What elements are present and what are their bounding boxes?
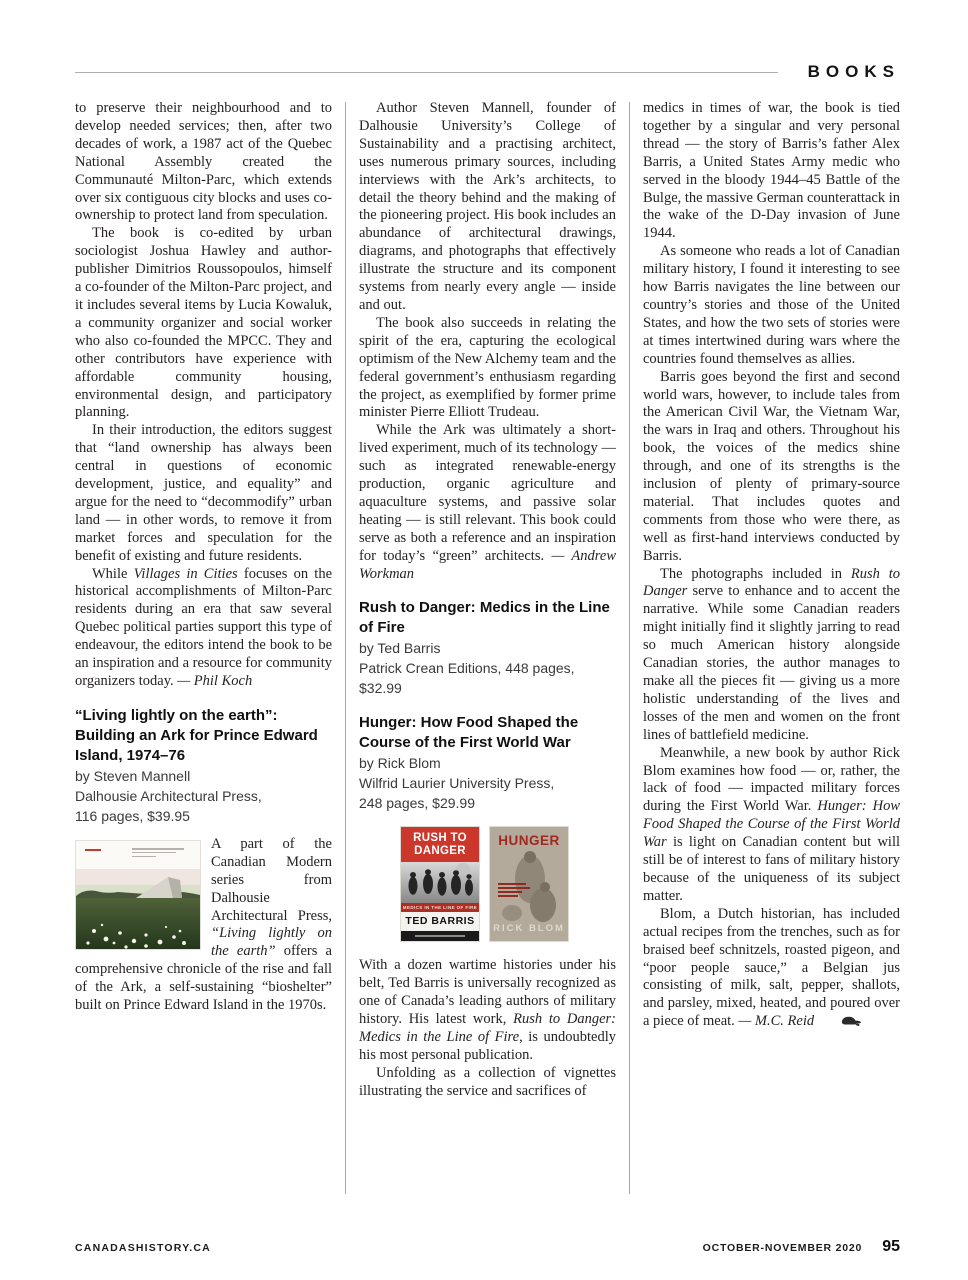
- book-meta-line: Wilfrid Laurier University Press,: [359, 773, 616, 793]
- column-divider: [345, 102, 346, 1194]
- paragraph: A part of the Canadian Modern series fro…: [75, 836, 332, 1015]
- paragraph: to preserve their neighbourhood and to d…: [75, 100, 332, 225]
- text-run: offers a comprehensive chronicle of the …: [75, 943, 332, 1013]
- text-run: focuses on the historical accomplishment…: [75, 566, 332, 689]
- cover-subtitle-microtext: [132, 852, 176, 853]
- italic-text-run: — M.C. Reid: [738, 1013, 814, 1029]
- cover-painting-meadow-ark: [76, 869, 200, 949]
- text-run: is light on Canadian content but will st…: [643, 834, 900, 904]
- book-covers-row: RUSH TO DANGER: [401, 827, 616, 941]
- text-run: As someone who reads a lot of Canadian m…: [643, 243, 900, 366]
- text-run: The book is co-edited by urban sociologi…: [75, 225, 332, 420]
- book-listing: Rush to Danger: Medics in the Line of Fi…: [359, 598, 616, 698]
- book-title: Rush to Danger: Medics in the Line of Fi…: [359, 598, 616, 638]
- paragraph: While the Ark was ultimately a short-liv…: [359, 422, 616, 583]
- paragraph: In their introduction, the editors sugge…: [75, 422, 332, 565]
- footer-right: OCTOBER-NOVEMBER 2020 95: [703, 1238, 900, 1256]
- column-1: to preserve their neighbourhood and to d…: [75, 100, 332, 1202]
- text-run: Author Steven Mannell, founder of Dalhou…: [359, 100, 616, 313]
- cover-photo-soldiers: [401, 862, 479, 903]
- text-run: serve to enhance and to accent the narra…: [643, 583, 900, 742]
- book-title: “Living lightly on the earth”: Building …: [75, 706, 332, 766]
- cover-title-microtext: [132, 848, 184, 850]
- section-title: BOOKS: [808, 62, 900, 82]
- cover-series-mark: [85, 849, 101, 851]
- book-meta-line: by Ted Barris: [359, 638, 616, 658]
- text-run: Blom, a Dutch historian, has included ac…: [643, 906, 900, 1029]
- book-listing: “Living lightly on the earth”: Building …: [75, 706, 332, 826]
- paragraph: While Villages in Cities focuses on the …: [75, 566, 332, 691]
- text-run: The photographs included in: [660, 566, 851, 582]
- header-rule: [75, 72, 778, 73]
- italic-text-run: — Phil Koch: [177, 673, 252, 689]
- page-header: BOOKS: [75, 62, 900, 82]
- cover-title: HUNGER: [490, 833, 568, 848]
- book-cover-rush-to-danger: RUSH TO DANGER: [401, 827, 479, 941]
- paragraph: Meanwhile, a new book by author Rick Blo…: [643, 745, 900, 906]
- book-listing: Hunger: How Food Shaped the Course of th…: [359, 713, 616, 813]
- paragraph: The book is co-edited by urban sociologi…: [75, 225, 332, 422]
- cover-author: RICK BLOM: [490, 923, 568, 934]
- cover-bottom-strip: [401, 931, 479, 941]
- cover-subtitle-microtext: [498, 883, 530, 899]
- column-divider: [629, 102, 630, 1194]
- paragraph: Barris goes beyond the first and second …: [643, 369, 900, 566]
- cover-title-line2: DANGER: [401, 845, 479, 858]
- text-run: medics in times of war, the book is tied…: [643, 100, 900, 241]
- magazine-url: CANADASHISTORY.CA: [75, 1242, 211, 1254]
- text-run: The book also succeeds in relating the s…: [359, 315, 616, 421]
- cover-stripe-text: MEDICS IN THE LINE OF FIRE: [401, 903, 479, 912]
- book-cover-living-lightly: [75, 840, 201, 950]
- italic-text-run: Villages in Cities: [134, 566, 238, 582]
- book-meta-line: 116 pages, $39.95: [75, 806, 332, 826]
- issue-date: OCTOBER-NOVEMBER 2020: [703, 1242, 863, 1254]
- text-run: to preserve their neighbourhood and to d…: [75, 100, 332, 223]
- paragraph: Unfolding as a collection of vignettes i…: [359, 1065, 616, 1101]
- book-cover-hunger: HUNGER RICK BLOM: [490, 827, 568, 941]
- book-meta-line: 248 pages, $29.99: [359, 793, 616, 813]
- paragraph: As someone who reads a lot of Canadian m…: [643, 243, 900, 368]
- cover-title-line1: RUSH TO: [401, 832, 479, 845]
- text-run: In their introduction, the editors sugge…: [75, 422, 332, 563]
- page-number: 95: [882, 1238, 900, 1256]
- book-meta-line: Patrick Crean Editions, 448 pages, $32.9…: [359, 658, 616, 698]
- cover-title-band: RUSH TO DANGER: [401, 827, 479, 862]
- paragraph: medics in times of war, the book is tied…: [643, 100, 900, 243]
- article-columns: to preserve their neighbourhood and to d…: [75, 100, 900, 1202]
- paragraph: The book also succeeds in relating the s…: [359, 315, 616, 422]
- text-run: Unfolding as a collection of vignettes i…: [359, 1065, 616, 1099]
- paragraph: Blom, a Dutch historian, has included ac…: [643, 906, 900, 1031]
- book-meta-line: Dalhousie Architectural Press,: [75, 786, 332, 806]
- book-meta-line: by Rick Blom: [359, 753, 616, 773]
- page-footer: CANADASHISTORY.CA OCTOBER-NOVEMBER 2020 …: [75, 1238, 900, 1256]
- paragraph: With a dozen wartime histories under his…: [359, 957, 616, 1064]
- book-title: Hunger: How Food Shaped the Course of th…: [359, 713, 616, 753]
- column-3: medics in times of war, the book is tied…: [643, 100, 900, 1202]
- paragraph: The photographs included in Rush to Dang…: [643, 566, 900, 745]
- paragraph: Author Steven Mannell, founder of Dalhou…: [359, 100, 616, 315]
- column-2: Author Steven Mannell, founder of Dalhou…: [359, 100, 616, 1202]
- text-run: A part of the Canadian Modern series fro…: [211, 836, 332, 924]
- text-run: Barris goes beyond the first and second …: [643, 369, 900, 564]
- cover-author-microtext: [132, 856, 156, 857]
- text-run: While the Ark was ultimately a short-liv…: [359, 422, 616, 563]
- cover-author: TED BARRIS: [401, 912, 479, 931]
- book-meta-line: by Steven Mannell: [75, 766, 332, 786]
- beaver-icon: [823, 1014, 862, 1027]
- text-run: While: [92, 566, 134, 582]
